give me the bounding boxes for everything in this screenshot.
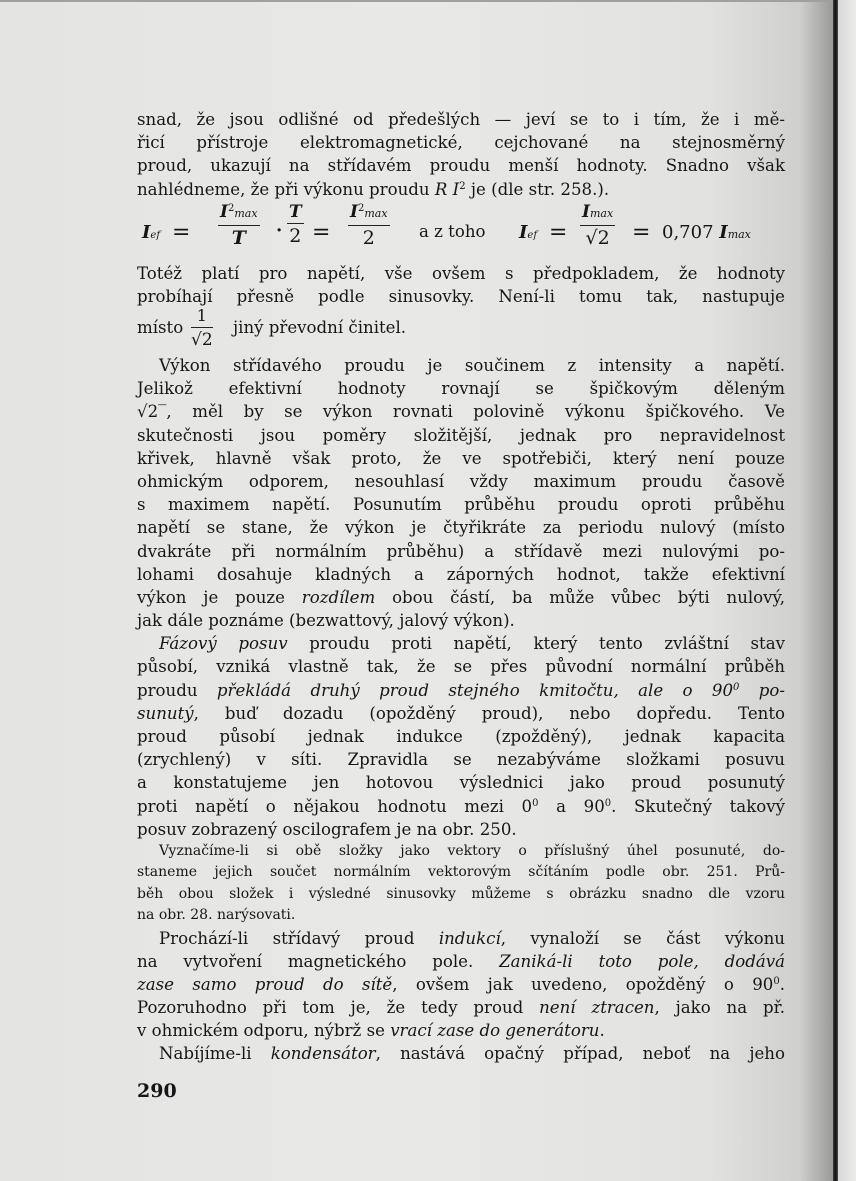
text-line: zase samo proud do sítě, ovšem jak uvede… [137,973,785,996]
text-line: napětí se stane, že výkon je čtyřikráte … [137,516,785,539]
text-line: lohami dosahuje kladných a záporných hod… [137,563,785,586]
text-line: a konstatujeme jen hotovou výslednici ja… [137,771,785,794]
small-text-line: Vyznačíme-li si obě složky jako vektory … [137,841,785,862]
text-line: proud, ukazují na střídavém proudu menší… [137,154,785,177]
fraction: I2max 2 [348,202,390,250]
text-line: nahlédneme, že při výkonu proudu R I2 je… [137,178,785,201]
fraction: I2max T [218,202,260,250]
adjacent-page-edge [838,0,856,1181]
text-line: Pozoruhodno při tom je, že tedy proud ne… [137,996,785,1019]
text-line: dvakráte při normálním průběhu) a střída… [137,540,785,563]
text-line: snad, že jsou odlišné od předešlých — je… [137,108,785,131]
fraction: 1 √2 [191,306,213,352]
text-line: proud působí jednak indukce (zpožděný), … [137,725,785,748]
text-line: skutečnosti jsou poměry složitější, jedn… [137,424,785,447]
text-line: Jelikož efektivní hodnoty rovnají se špi… [137,377,785,400]
small-text-line: běh obou složek i výsledné sinusovky můž… [137,884,785,905]
body-text-top: snad, že jsou odlišné od předešlých — je… [137,108,785,201]
text-line: Nabíjíme-li kondensátor, nastává opačný … [137,1042,785,1065]
text-line: Výkon střídavého proudu je součinem z in… [137,354,785,377]
text-line: Fázový posuv proudu proti napětí, který … [137,632,785,655]
text-line: řicí přístroje elektromagnetické, cejcho… [137,131,785,154]
text-line: sunutý, buď dozadu (opožděný proud), neb… [137,702,785,725]
formula-result: 0,707 [662,222,714,243]
text-line: s maximem napětí. Posunutím průběhu prou… [137,493,785,516]
fraction: Imax √2 [580,202,615,250]
text-line: Totéž platí pro napětí, vše ovšem s před… [137,262,785,285]
text-line: křivek, hlavně však proto, že ve spotřeb… [137,447,785,470]
text-line: posuv zobrazený oscilografem je na obr. … [137,818,785,841]
text-line: proudu překládá druhý proud stejného kmi… [137,679,785,702]
text-line: v ohmickém odporu, nýbrž se vrací zase d… [137,1019,785,1042]
text-line: ohmickým odporem, nesouhlasí vždy maximu… [137,470,785,493]
text-line: výkon je pouze rozdílem obou částí, ba m… [137,586,785,609]
text-line: na vytvoření magnetického pole. Zaniká-l… [137,950,785,973]
text-line: Prochází-li střídavý proud indukcí, vyna… [137,927,785,950]
page-top-edge [0,0,833,2]
conversion-factor-line: místo 1 √2 jiný převodní činitel. [137,306,737,356]
book-page: snad, že jsou odlišné od předešlých — je… [0,0,833,1181]
body-text-main: Výkon střídavého proudu je součinem z in… [137,354,785,1066]
page-number: 290 [137,1080,177,1102]
text-line: √2‾, měl by se výkon rovnati polovině vý… [137,400,785,423]
text-line: působí, vzniká vlastně tak, že se přes p… [137,655,785,678]
body-text-voltage: Totéž platí pro napětí, vše ovšem s před… [137,262,785,308]
text-line: (zrychlený) v síti. Zpravidla se nezabýv… [137,748,785,771]
text-line: probíhají přesně podle sinusovky. Není-l… [137,285,785,308]
text-line: proti napětí o nějakou hodnotu mezi 00 a… [137,795,785,818]
text-line: jak dále poznáme (bezwattový, jalový výk… [137,609,785,632]
small-text-line: staneme jejich součet normálním vektorov… [137,862,785,883]
small-text-line: na obr. 28. narýsovati. [137,905,785,926]
fraction: T 2 [287,202,304,248]
formula-effective-current: Ief = I2max T · T 2 = I2max 2 a z toho I… [142,200,792,260]
math-expression: R I [435,180,459,199]
